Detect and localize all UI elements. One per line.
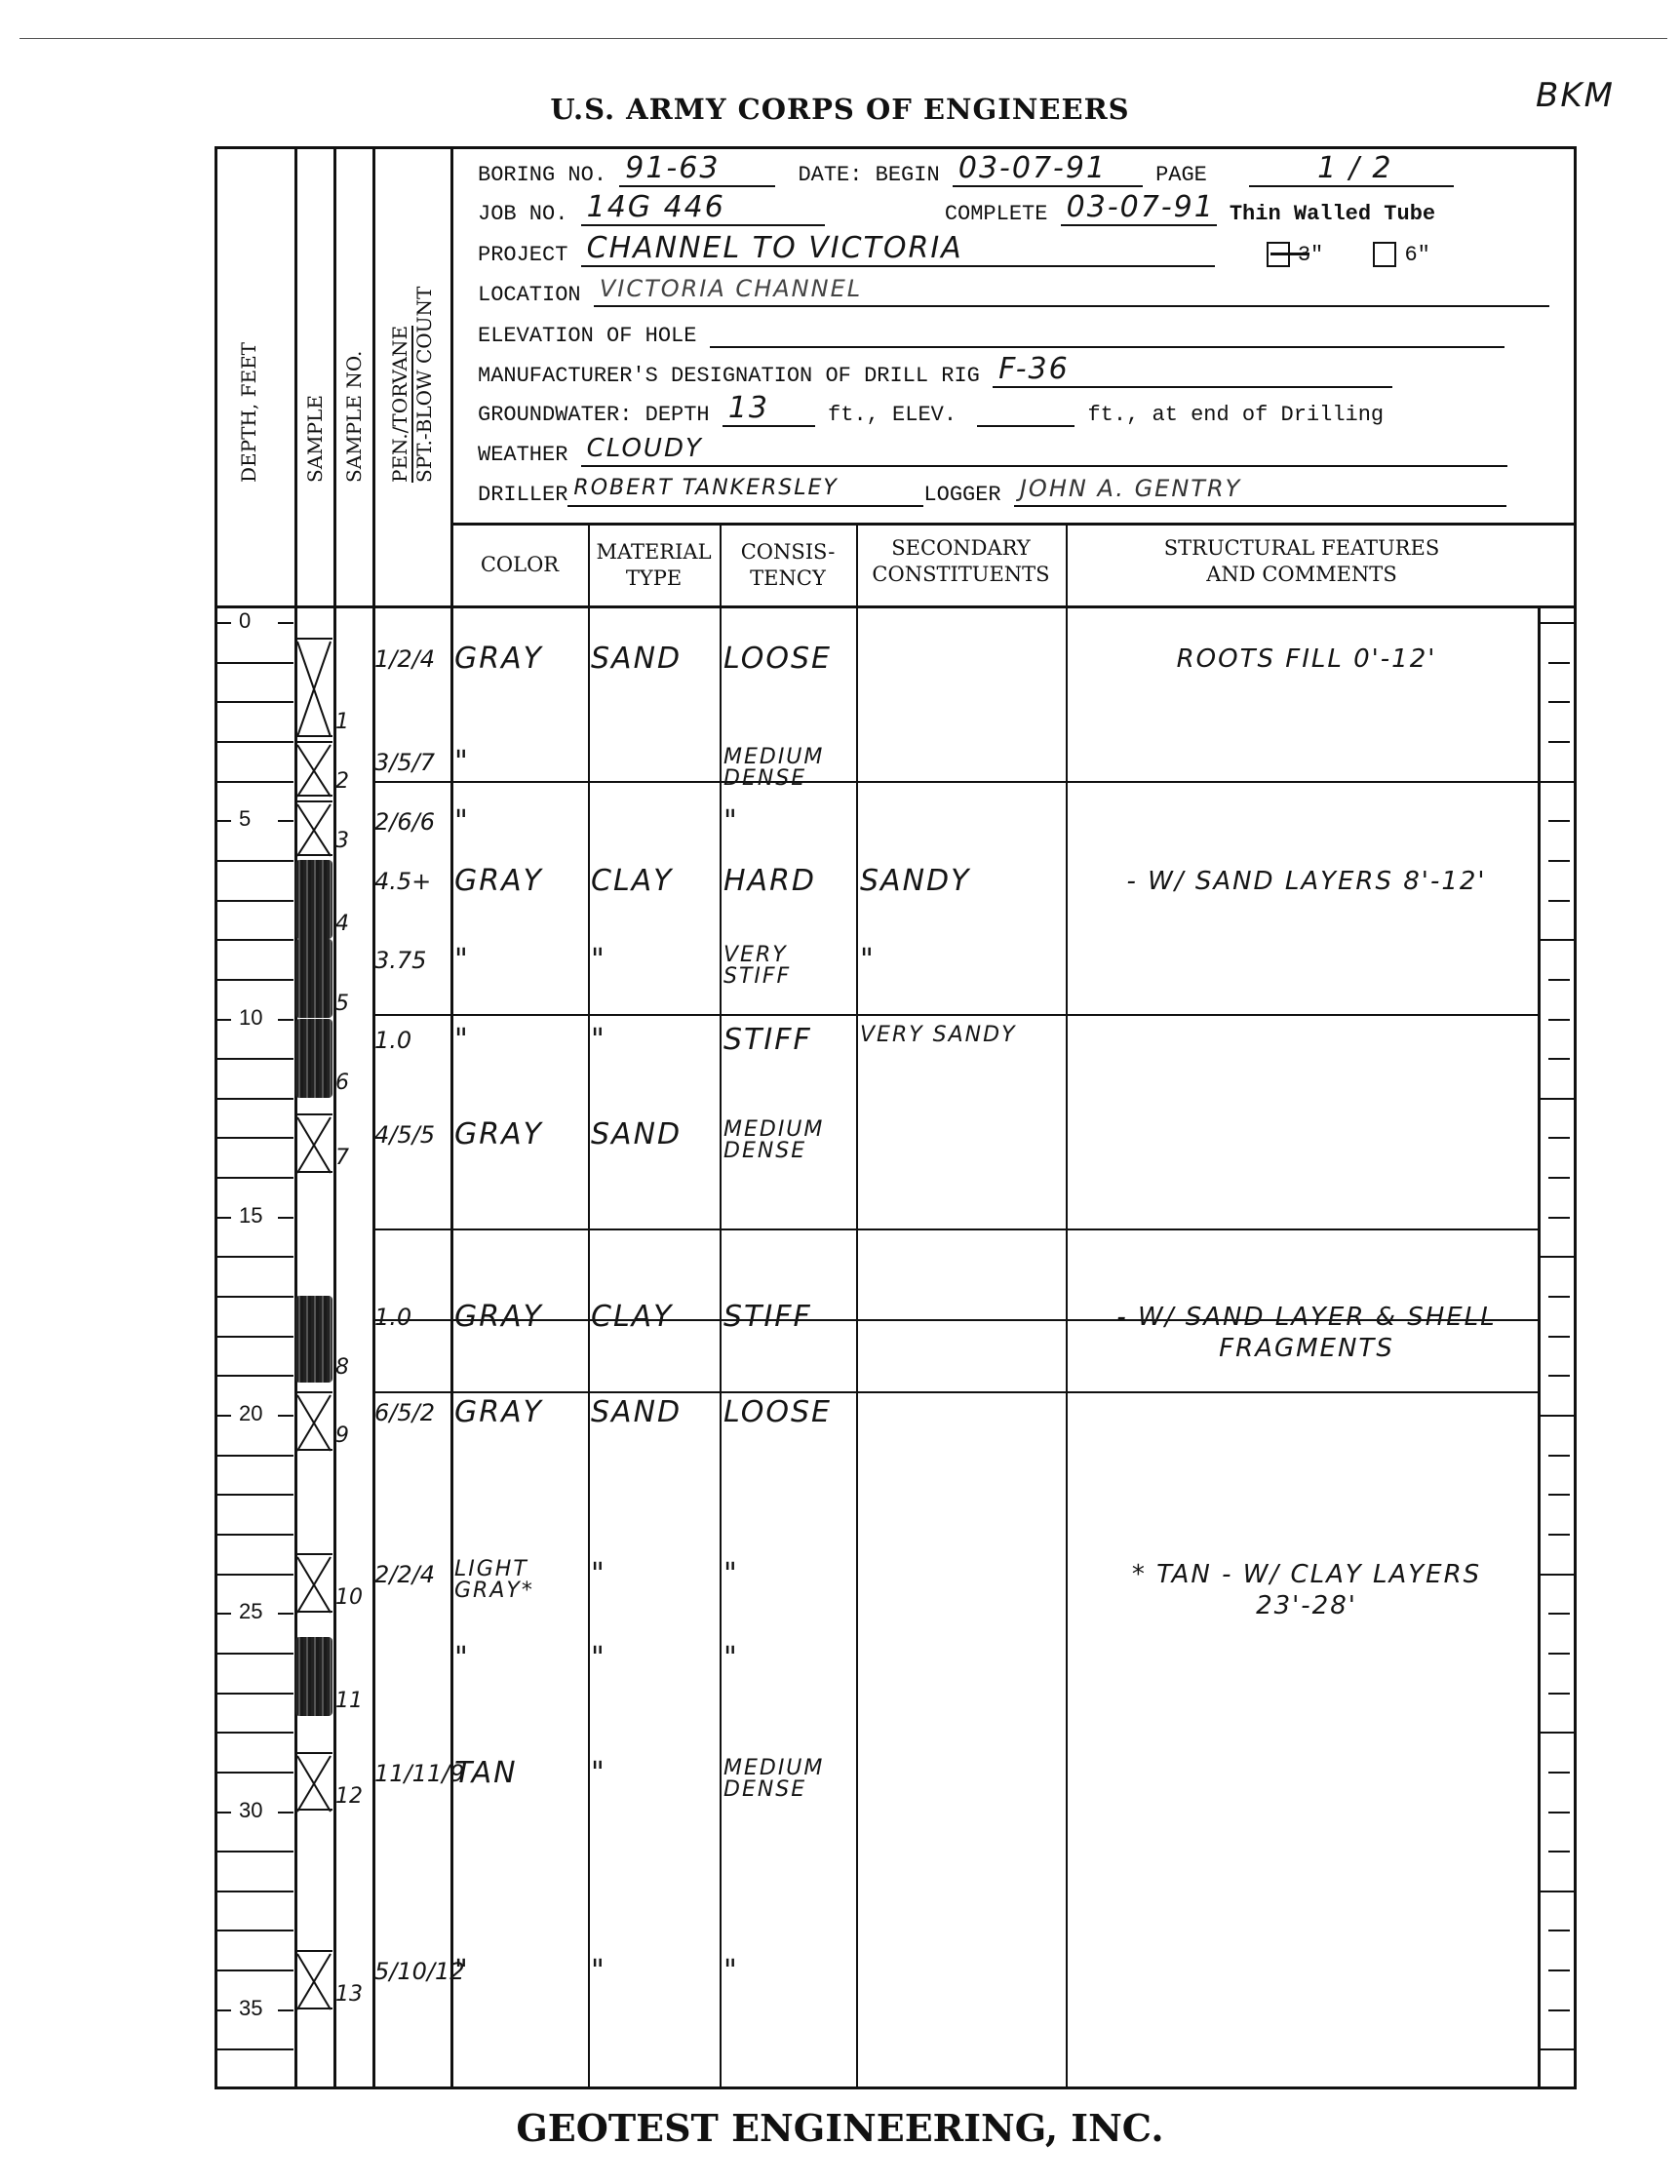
sample-label: SAMPLE: [303, 395, 327, 483]
col-structural-line2: AND COMMENTS: [1206, 563, 1396, 586]
boring-no-field[interactable]: 91-63: [619, 156, 775, 187]
weather-value: CLOUDY: [587, 432, 703, 465]
sample-spoon-marker: [295, 741, 332, 797]
right-tick: [1548, 900, 1570, 902]
divider-tick-strip: [1538, 605, 1541, 2087]
right-tick: [1548, 1019, 1570, 1021]
right-tick: [1548, 2009, 1570, 2011]
color-value: ": [454, 747, 586, 778]
job-no-label: JOB NO.: [478, 202, 567, 226]
consistency-value: STIFF: [723, 1025, 855, 1056]
right-tick: [1548, 1217, 1570, 1219]
boring-no-label: BORING NO.: [478, 163, 606, 187]
driller-value: ROBERT TANKERSLEY: [573, 472, 838, 505]
depth-label: 5: [239, 806, 251, 832]
sample-number: 4: [335, 914, 371, 935]
column-header-divider: [217, 605, 1577, 608]
depth-tick-major: [217, 1019, 231, 1021]
color-value: GRAY: [454, 1119, 586, 1150]
row-elevation: ELEVATION OF HOLE: [478, 317, 1504, 348]
color-value: LIGHT GRAY*: [454, 1559, 586, 1602]
right-tick: [1548, 1058, 1570, 1060]
tube-6in-label: 6": [1404, 243, 1429, 267]
right-tick-major: [1538, 622, 1577, 624]
complete-date-value: 03-07-91: [1067, 191, 1215, 224]
pen-spt-value: 11/11/9: [374, 1758, 450, 1789]
depth-tick-minor: [217, 939, 293, 941]
sample-number: 8: [335, 1357, 371, 1379]
depth-tick-minor: [217, 1455, 293, 1457]
color-value: ": [454, 1956, 586, 1987]
depth-tick-major: [278, 622, 293, 624]
depth-tick-minor: [217, 1494, 293, 1496]
depth-tick-major: [217, 1613, 231, 1615]
right-tick: [1548, 1177, 1570, 1179]
sample-number: 2: [335, 771, 371, 793]
row-driller: DRILLERROBERT TANKERSLEYLOGGER JOHN A. G…: [478, 476, 1506, 507]
sample-tube-marker: [295, 1019, 332, 1098]
secondary-value: SANDY: [860, 866, 1060, 897]
right-tick: [1548, 1375, 1570, 1377]
depth-tick-minor: [217, 1256, 293, 1258]
date-label: DATE:: [798, 163, 862, 187]
consistency-value: STIFF: [723, 1302, 855, 1333]
sample-tube-marker: [295, 939, 332, 1018]
material-value: SAND: [591, 1397, 718, 1428]
strata-break-line: [372, 1228, 1538, 1230]
material-value: ": [591, 1758, 718, 1789]
weather-field[interactable]: CLOUDY: [581, 436, 1507, 467]
location-value: VICTORIA CHANNEL: [600, 272, 862, 305]
sample-spoon-marker: [295, 800, 332, 856]
depth-label: 35: [239, 1996, 262, 2021]
divider-color: [588, 523, 590, 2087]
secondary-value: VERY SANDY: [860, 1025, 1060, 1046]
divider-consistency: [856, 523, 858, 2087]
logger-label: LOGGER: [923, 483, 1000, 507]
material-value: ": [591, 1025, 718, 1056]
job-no-field[interactable]: 14G 446: [581, 195, 825, 226]
sample-number: 12: [335, 1786, 371, 1808]
right-tick: [1548, 1137, 1570, 1139]
pen-spt-value: 1/2/4: [374, 643, 450, 675]
depth-tick-minor: [217, 1296, 293, 1298]
row-job: JOB NO. 14G 446 COMPLETE 03-07-91 Thin W…: [478, 195, 1435, 226]
consistency-value: VERY STIFF: [723, 945, 855, 988]
depth-tick-major: [217, 2009, 231, 2011]
depth-tick-major: [217, 1415, 231, 1417]
depth-label: 20: [239, 1401, 262, 1426]
depth-tick-minor: [217, 662, 293, 664]
depth-tick-minor: [217, 1375, 293, 1377]
col-consistency-line2: TENCY: [750, 566, 826, 590]
strata-break-line: [372, 1014, 1538, 1016]
logger-field[interactable]: JOHN A. GENTRY: [1014, 476, 1506, 507]
right-tick: [1548, 1969, 1570, 1971]
depth-tick-minor: [217, 979, 293, 981]
pen-spt-value: 3.75: [374, 945, 450, 976]
pen-spt-value: 2/6/6: [374, 806, 450, 838]
agency-title: U.S. ARMY CORPS OF ENGINEERS: [0, 93, 1680, 126]
project-label: PROJECT: [478, 243, 567, 267]
right-tick: [1548, 1613, 1570, 1615]
weather-label: WEATHER: [478, 443, 567, 467]
pen-spt-value: 4/5/5: [374, 1119, 450, 1150]
depth-tick-minor: [217, 1693, 293, 1695]
right-tick-major: [1538, 1574, 1577, 1576]
pen-spt-value: 6/5/2: [374, 1397, 450, 1428]
secondary-value: ": [860, 945, 1060, 976]
col-consistency-line1: CONSIS-: [741, 540, 836, 564]
location-label: LOCATION: [478, 283, 581, 307]
depth-tick-minor: [217, 2048, 293, 2050]
logger-value: JOHN A. GENTRY: [1020, 472, 1241, 505]
color-value: GRAY: [454, 1302, 586, 1333]
groundwater-label: GROUNDWATER: DEPTH: [478, 403, 710, 427]
color-value: ": [454, 1025, 586, 1056]
elevation-label: ELEVATION OF HOLE: [478, 324, 696, 348]
page-field[interactable]: 1 / 2: [1249, 156, 1454, 187]
material-value: CLAY: [591, 866, 718, 897]
row-groundwater: GROUNDWATER: DEPTH 13 ft., ELEV. ft., at…: [478, 396, 1384, 427]
sample-number: 7: [335, 1148, 371, 1169]
sample-number: 11: [335, 1691, 371, 1712]
col-structural: STRUCTURAL FEATURESAND COMMENTS: [1066, 535, 1538, 588]
depth-tick-minor: [217, 900, 293, 902]
col-secondary: SECONDARYCONSTITUENTS: [856, 535, 1066, 588]
sample-spoon-marker: [295, 638, 332, 737]
depth-tick-minor: [217, 1574, 293, 1576]
col-secondary-line1: SECONDARY: [891, 536, 1030, 560]
depth-tick-minor: [217, 1891, 293, 1892]
right-tick-major: [1538, 939, 1577, 941]
depth-tick-minor: [217, 1058, 293, 1060]
depth-tick-major: [278, 1019, 293, 1021]
depth-tick-minor: [217, 1534, 293, 1536]
pen-spt-value: 4.5+: [374, 866, 450, 897]
footer-company: GEOTEST ENGINEERING, INC.: [0, 2106, 1680, 2150]
groundwater-elev-field[interactable]: [977, 396, 1074, 427]
depth-tick-minor: [217, 741, 293, 743]
right-tick-major: [1538, 1415, 1577, 1417]
driller-label: DRILLER: [478, 483, 567, 507]
color-value: GRAY: [454, 643, 586, 675]
depth-tick-minor: [217, 1772, 293, 1774]
right-tick: [1548, 662, 1570, 664]
col-material-line2: TYPE: [626, 566, 682, 590]
project-field[interactable]: CHANNEL TO VICTORIA: [581, 236, 1215, 267]
col-structural-line1: STRUCTURAL FEATURES: [1164, 536, 1439, 560]
col-material: MATERIALTYPE: [588, 539, 720, 592]
sample-number: 3: [335, 831, 371, 852]
consistency-value: ": [723, 1559, 855, 1590]
groundwater-depth-value: 13: [728, 392, 769, 425]
boring-no-value: 91-63: [625, 152, 720, 185]
comments-value: - W/ SAND LAYER & SHELL FRAGMENTS: [1082, 1302, 1531, 1364]
pen-spt-value: 3/5/7: [374, 747, 450, 778]
consistency-value: ": [723, 1956, 855, 1987]
right-tick-major: [1538, 1098, 1577, 1100]
begin-label: BEGIN: [876, 163, 940, 187]
pen-spt-value: 1.0: [374, 1025, 450, 1056]
comments-value: ROOTS FILL 0'-12': [1082, 643, 1531, 675]
color-value: GRAY: [454, 1397, 586, 1428]
comments-value: - W/ SAND LAYERS 8'-12': [1082, 866, 1531, 897]
sample-number: 1: [335, 712, 371, 733]
depth-tick-minor: [217, 1336, 293, 1338]
location-field[interactable]: VICTORIA CHANNEL: [594, 276, 1549, 307]
right-tick: [1548, 741, 1570, 743]
consistency-value: MEDIUM DENSE: [723, 1758, 855, 1801]
project-value: CHANNEL TO VICTORIA: [587, 232, 963, 265]
material-value: SAND: [591, 1119, 718, 1150]
divider-sample-no: [372, 149, 375, 2087]
depth-tick-major: [278, 1415, 293, 1417]
strata-break-line: [372, 1391, 1538, 1393]
depth-tick-major: [217, 622, 231, 624]
depth-tick-major: [278, 1812, 293, 1813]
right-tick: [1548, 820, 1570, 822]
col-consistency: CONSIS-TENCY: [720, 539, 856, 592]
sample-spoon-marker: [295, 1950, 332, 2009]
depth-label: 30: [239, 1798, 262, 1823]
col-material-line1: MATERIAL: [596, 540, 711, 564]
col-color: COLOR: [451, 552, 588, 578]
consistency-value: ": [723, 806, 855, 838]
color-value: TAN: [454, 1758, 586, 1789]
job-no-value: 14G 446: [587, 191, 725, 224]
driller-field[interactable]: ROBERT TANKERSLEY: [567, 476, 923, 507]
right-tick-major: [1538, 781, 1577, 783]
drill-rig-value: F-36: [998, 353, 1070, 386]
complete-date-field[interactable]: 03-07-91: [1061, 195, 1217, 226]
material-value: ": [591, 1956, 718, 1987]
sample-tube-marker: [295, 1296, 332, 1383]
right-tick: [1548, 1812, 1570, 1813]
material-value: SAND: [591, 643, 718, 675]
depth-feet-label: DEPTH, FEET: [237, 342, 260, 483]
spt-blow-count-label: SPT.-BLOW COUNT: [412, 287, 436, 483]
consistency-value: MEDIUM DENSE: [723, 1119, 855, 1162]
material-value: CLAY: [591, 1302, 718, 1333]
row-boring: BORING NO. 91-63 DATE: BEGIN 03-07-91 PA…: [478, 156, 1454, 187]
right-tick: [1548, 1336, 1570, 1338]
groundwater-end-label: ft., at end of Drilling: [1087, 403, 1384, 427]
pen-spt-value: 1.0: [374, 1302, 450, 1333]
right-tick: [1548, 1772, 1570, 1774]
page-label: PAGE: [1155, 163, 1207, 187]
depth-tick-major: [217, 1812, 231, 1813]
header-divider: [450, 523, 1577, 526]
right-tick: [1548, 1930, 1570, 1931]
right-tick: [1548, 1653, 1570, 1655]
pen-spt-value: 5/10/12: [374, 1956, 450, 1987]
tube-3in-checkbox[interactable]: [1267, 242, 1290, 267]
sample-spoon-marker: [295, 1391, 332, 1451]
material-value: ": [591, 945, 718, 976]
depth-tick-minor: [217, 860, 293, 862]
depth-label: 10: [239, 1005, 262, 1031]
depth-tick-major: [278, 820, 293, 822]
depth-label: 15: [239, 1203, 262, 1228]
depth-tick-minor: [217, 701, 293, 703]
row-location: LOCATION VICTORIA CHANNEL: [478, 276, 1549, 307]
pen-torvane-label: PEN./TORVANE: [388, 326, 413, 483]
color-value: GRAY: [454, 866, 586, 897]
depth-tick-major: [278, 1613, 293, 1615]
right-tick: [1548, 1296, 1570, 1298]
depth-tick-major: [278, 1217, 293, 1219]
consistency-value: HARD: [723, 866, 855, 897]
page-value: 1 / 2: [1317, 152, 1392, 185]
begin-date-value: 03-07-91: [958, 152, 1107, 185]
right-tick: [1548, 1851, 1570, 1852]
depth-tick-minor: [217, 1098, 293, 1100]
tube-6in-checkbox[interactable]: [1373, 242, 1396, 267]
depth-tick-minor: [217, 1653, 293, 1655]
right-tick: [1548, 979, 1570, 981]
color-value: ": [454, 1643, 586, 1674]
depth-tick-minor: [217, 781, 293, 783]
row-weather: WEATHER CLOUDY: [478, 436, 1507, 467]
depth-tick-minor: [217, 1177, 293, 1179]
divider-material: [720, 523, 722, 2087]
pen-spt-value: 2/2/4: [374, 1559, 450, 1590]
consistency-value: ": [723, 1643, 855, 1674]
right-tick: [1548, 1494, 1570, 1496]
right-tick: [1548, 701, 1570, 703]
depth-tick-minor: [217, 1969, 293, 1971]
strata-break-line: [372, 781, 1538, 783]
groundwater-depth-field[interactable]: 13: [723, 396, 815, 427]
reviewer-initials: BKM: [1536, 76, 1615, 115]
color-value: ": [454, 806, 586, 838]
page-top-rule: [20, 38, 1667, 39]
right-tick-major: [1538, 2048, 1577, 2050]
begin-date-field[interactable]: 03-07-91: [953, 156, 1143, 187]
depth-tick-minor: [217, 1851, 293, 1852]
consistency-value: LOOSE: [723, 643, 855, 675]
sample-spoon-marker: [295, 1752, 332, 1812]
consistency-value: MEDIUM DENSE: [723, 747, 855, 790]
divider-pen: [450, 149, 453, 2087]
elevation-field[interactable]: [710, 317, 1504, 348]
col-secondary-line2: CONSTITUENTS: [872, 563, 1049, 586]
right-tick-major: [1538, 1732, 1577, 1734]
sample-tube-marker: [295, 1637, 332, 1716]
right-tick: [1548, 860, 1570, 862]
drill-rig-field[interactable]: F-36: [993, 357, 1392, 388]
sample-number: 9: [335, 1425, 371, 1447]
sample-spoon-marker: [295, 1113, 332, 1173]
thin-walled-tube-label: Thin Walled Tube: [1230, 202, 1435, 226]
color-value: ": [454, 945, 586, 976]
right-tick: [1548, 1534, 1570, 1536]
divider-secondary: [1066, 523, 1068, 2087]
depth-tick-major: [217, 820, 231, 822]
drill-rig-label: MANUFACTURER'S DESIGNATION OF DRILL RIG: [478, 364, 980, 388]
sample-number: 6: [335, 1072, 371, 1094]
complete-label: COMPLETE: [945, 202, 1048, 226]
material-value: ": [591, 1643, 718, 1674]
depth-tick-minor: [217, 1137, 293, 1139]
depth-label: 0: [239, 608, 251, 634]
depth-tick-minor: [217, 1732, 293, 1734]
groundwater-elev-label: ft., ELEV.: [828, 403, 957, 427]
consistency-value: LOOSE: [723, 1397, 855, 1428]
right-tick-major: [1538, 1891, 1577, 1892]
depth-tick-major: [217, 1217, 231, 1219]
sample-number: 10: [335, 1587, 371, 1609]
depth-label: 25: [239, 1599, 262, 1624]
right-tick-major: [1538, 1256, 1577, 1258]
depth-tick-minor: [217, 1930, 293, 1931]
depth-tick-major: [278, 2009, 293, 2011]
row-project: PROJECT CHANNEL TO VICTORIA 3" 6": [478, 236, 1430, 267]
comments-value: * TAN - W/ CLAY LAYERS 23'-28': [1082, 1559, 1531, 1621]
right-tick: [1548, 1693, 1570, 1695]
sample-no-label: SAMPLE NO.: [342, 351, 366, 483]
row-drill-rig: MANUFACTURER'S DESIGNATION OF DRILL RIG …: [478, 357, 1392, 388]
sample-number: 5: [335, 994, 371, 1015]
sample-tube-marker: [295, 860, 332, 939]
sample-number: 13: [335, 1984, 371, 2006]
right-tick: [1548, 1455, 1570, 1457]
sample-spoon-marker: [295, 1553, 332, 1613]
material-value: ": [591, 1559, 718, 1590]
